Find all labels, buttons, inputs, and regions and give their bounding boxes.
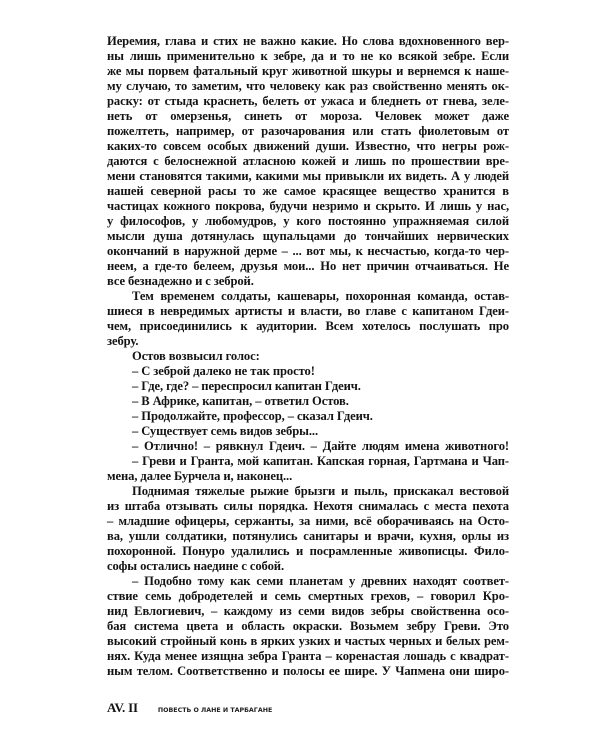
text-line: из штаба отзывать силы порядка. Нехотя с… — [107, 499, 509, 514]
dialogue-line: – Отлично! – рявкнул Гдеич. – Дайте людя… — [107, 439, 509, 454]
paragraph-start-line: Тем временем солдаты, кашевары, похоронн… — [107, 289, 509, 304]
text-line: похоронной. Понуро удалились и посрамлен… — [107, 544, 509, 559]
text-line: нид Евлогиевич, – каждому из семи видов … — [107, 604, 509, 619]
text-line: чем, присоединились к аудитории. Всем хо… — [107, 319, 509, 334]
text-line: му случаю, то заметим, что человеку как … — [107, 79, 509, 94]
text-line: мысли душа дотянулась щупальцами до тонч… — [107, 229, 509, 244]
text-line: софы остались наедине с собой. — [107, 559, 509, 574]
page-body: Иеремия, глава и стих не важно какие. Но… — [107, 34, 509, 679]
text-line: пожелтеть, например, от разочарования ил… — [107, 124, 509, 139]
text-line: каких-то совсем особых движений души. Из… — [107, 139, 509, 154]
paragraph-start-line: Остов возвысил голос: — [107, 349, 509, 364]
text-line: даются с белоснежной атласною кожей и ли… — [107, 154, 509, 169]
paragraph-start-line: Поднимая тяжелые рыжие брызги и пыль, пр… — [107, 484, 509, 499]
text-line: неть от омерзенья, синеть от мороза. Чел… — [107, 109, 509, 124]
dialogue-line: – С зеброй далеко не так просто! — [107, 364, 509, 379]
text-line: шиеся в невредимых артисты и власти, во … — [107, 304, 509, 319]
page-footer: AV. II ПОВЕСТЬ О ЛАНЕ И ТАРБАГАНЕ — [107, 700, 272, 716]
text-line: ва, ушли солдатики, потянулись санитары … — [107, 529, 509, 544]
dialogue-line: – Подобно тому как семи планетам у древн… — [107, 574, 509, 589]
text-line: окончаний в наружной дерме – ... вот мы,… — [107, 244, 509, 259]
dialogue-line: – Продолжайте, профессор, – сказал Гдеич… — [107, 409, 509, 424]
text-line: же мы порвем фатальный круг животной шку… — [107, 64, 509, 79]
text-line: – младшие офицеры, сержанты, за ними, вс… — [107, 514, 509, 529]
text-line: зебру. — [107, 334, 509, 349]
dialogue-line: – Существует семь видов зебры... — [107, 424, 509, 439]
text-line: мени становятся такими, какими мы привык… — [107, 169, 509, 184]
dialogue-line: – Где, где? – переспросил капитан Гдеич. — [107, 379, 509, 394]
text-line: высокий стройный конь в ярких узких и ча… — [107, 634, 509, 649]
text-line: все безнадежно и с зеброй. — [107, 274, 509, 289]
text-line: ны лишь применительно к зебре, да и то н… — [107, 49, 509, 64]
dialogue-line: – В Африке, капитан, – ответил Остов. — [107, 394, 509, 409]
running-title: ПОВЕСТЬ О ЛАНЕ И ТАРБАГАНЕ — [158, 707, 272, 714]
text-line: нях. Куда менее изящна зебра Гранта – ко… — [107, 649, 509, 664]
text-line: ным телом. Соответственно и полосы ее ши… — [107, 664, 509, 679]
page-folio: AV. II — [107, 700, 138, 716]
dialogue-line: – Греви и Гранта, мой капитан. Капская г… — [107, 454, 509, 469]
text-line: частицах кожного покрова, будучи незримо… — [107, 199, 509, 214]
text-line: Иеремия, глава и стих не важно какие. Но… — [107, 34, 509, 49]
text-line: мена, далее Бурчела и, наконец... — [107, 469, 509, 484]
text-line: ствие семь добродетелей и семь смертных … — [107, 589, 509, 604]
text-line: бая система цвета и область окраски. Воз… — [107, 619, 509, 634]
text-line: нашей северной расы то же самое красящее… — [107, 184, 509, 199]
text-line: неем, а где-то белеем, друзья мои... Но … — [107, 259, 509, 274]
text-line: раску: от стыда краснеть, белеть от ужас… — [107, 94, 509, 109]
text-line: у философов, у любомудров, у кого постоя… — [107, 214, 509, 229]
